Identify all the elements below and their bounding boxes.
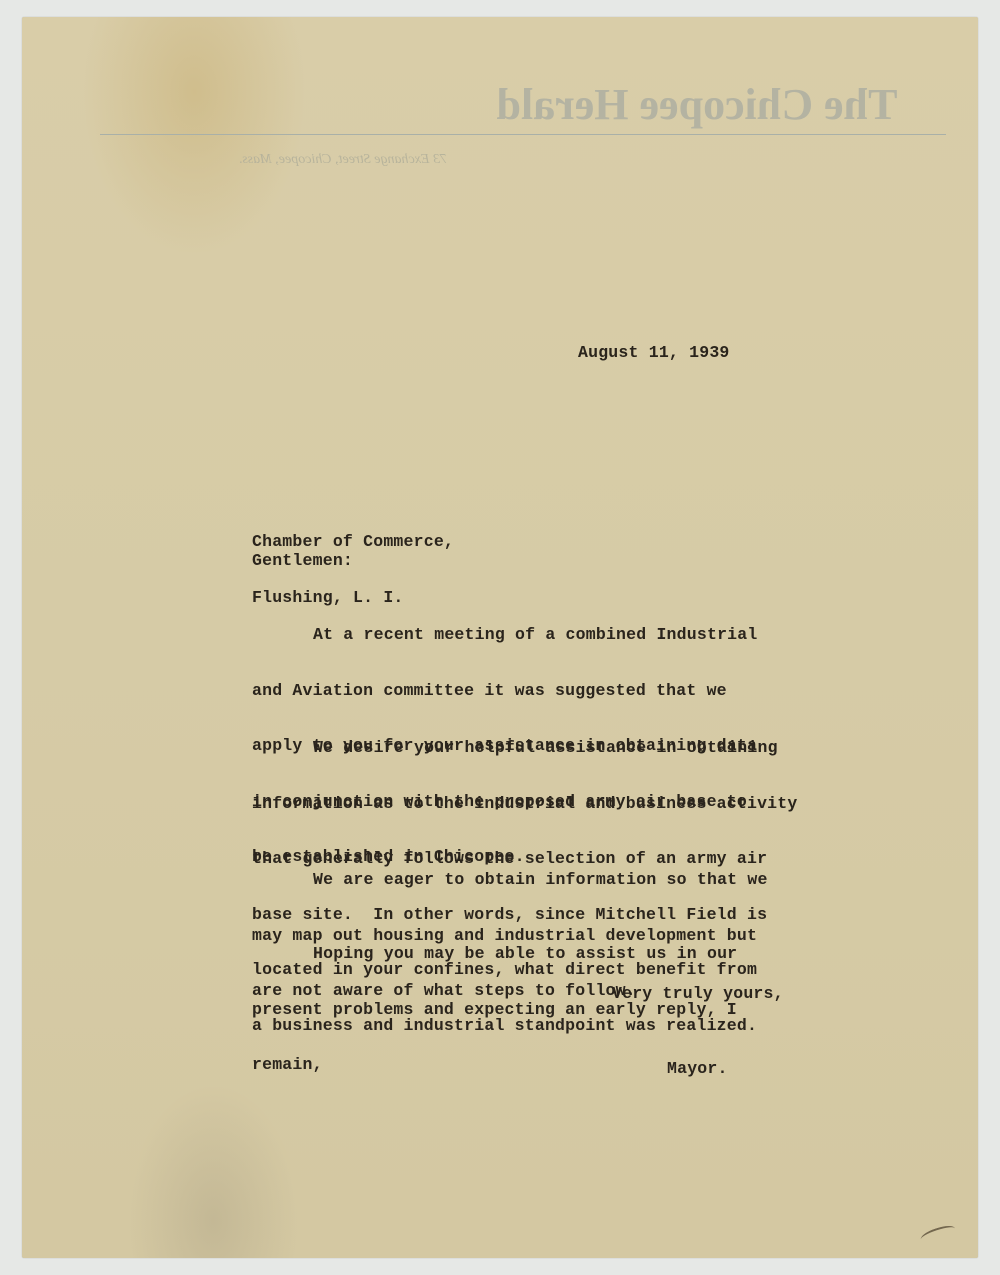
paragraph-line: remain, xyxy=(252,1056,737,1075)
paragraph-line: information as to the industrial and bus… xyxy=(252,795,798,814)
paragraph-line: We desire your helpful assistance in obt… xyxy=(313,738,778,757)
letter-date: August 11, 1939 xyxy=(578,344,730,363)
letterhead-address: 73 Exchange Street, Chicopee, Mass. xyxy=(147,152,447,168)
paragraph-line: Hoping you may be able to assist us in o… xyxy=(313,944,737,963)
paragraph-line: We are eager to obtain information so th… xyxy=(313,870,768,889)
paragraph-line: and Aviation committee it was suggested … xyxy=(252,682,757,701)
signature-title: Mayor. xyxy=(667,1060,728,1079)
paragraph-line: At a recent meeting of a combined Indust… xyxy=(313,625,757,644)
recipient-line: Chamber of Commerce, xyxy=(252,533,454,552)
letterhead-title: The Chicopee Herald xyxy=(492,79,902,130)
complimentary-close: Very truly yours, xyxy=(612,985,784,1004)
letterhead-divider xyxy=(100,134,946,135)
salutation: Gentlemen: xyxy=(252,552,353,571)
